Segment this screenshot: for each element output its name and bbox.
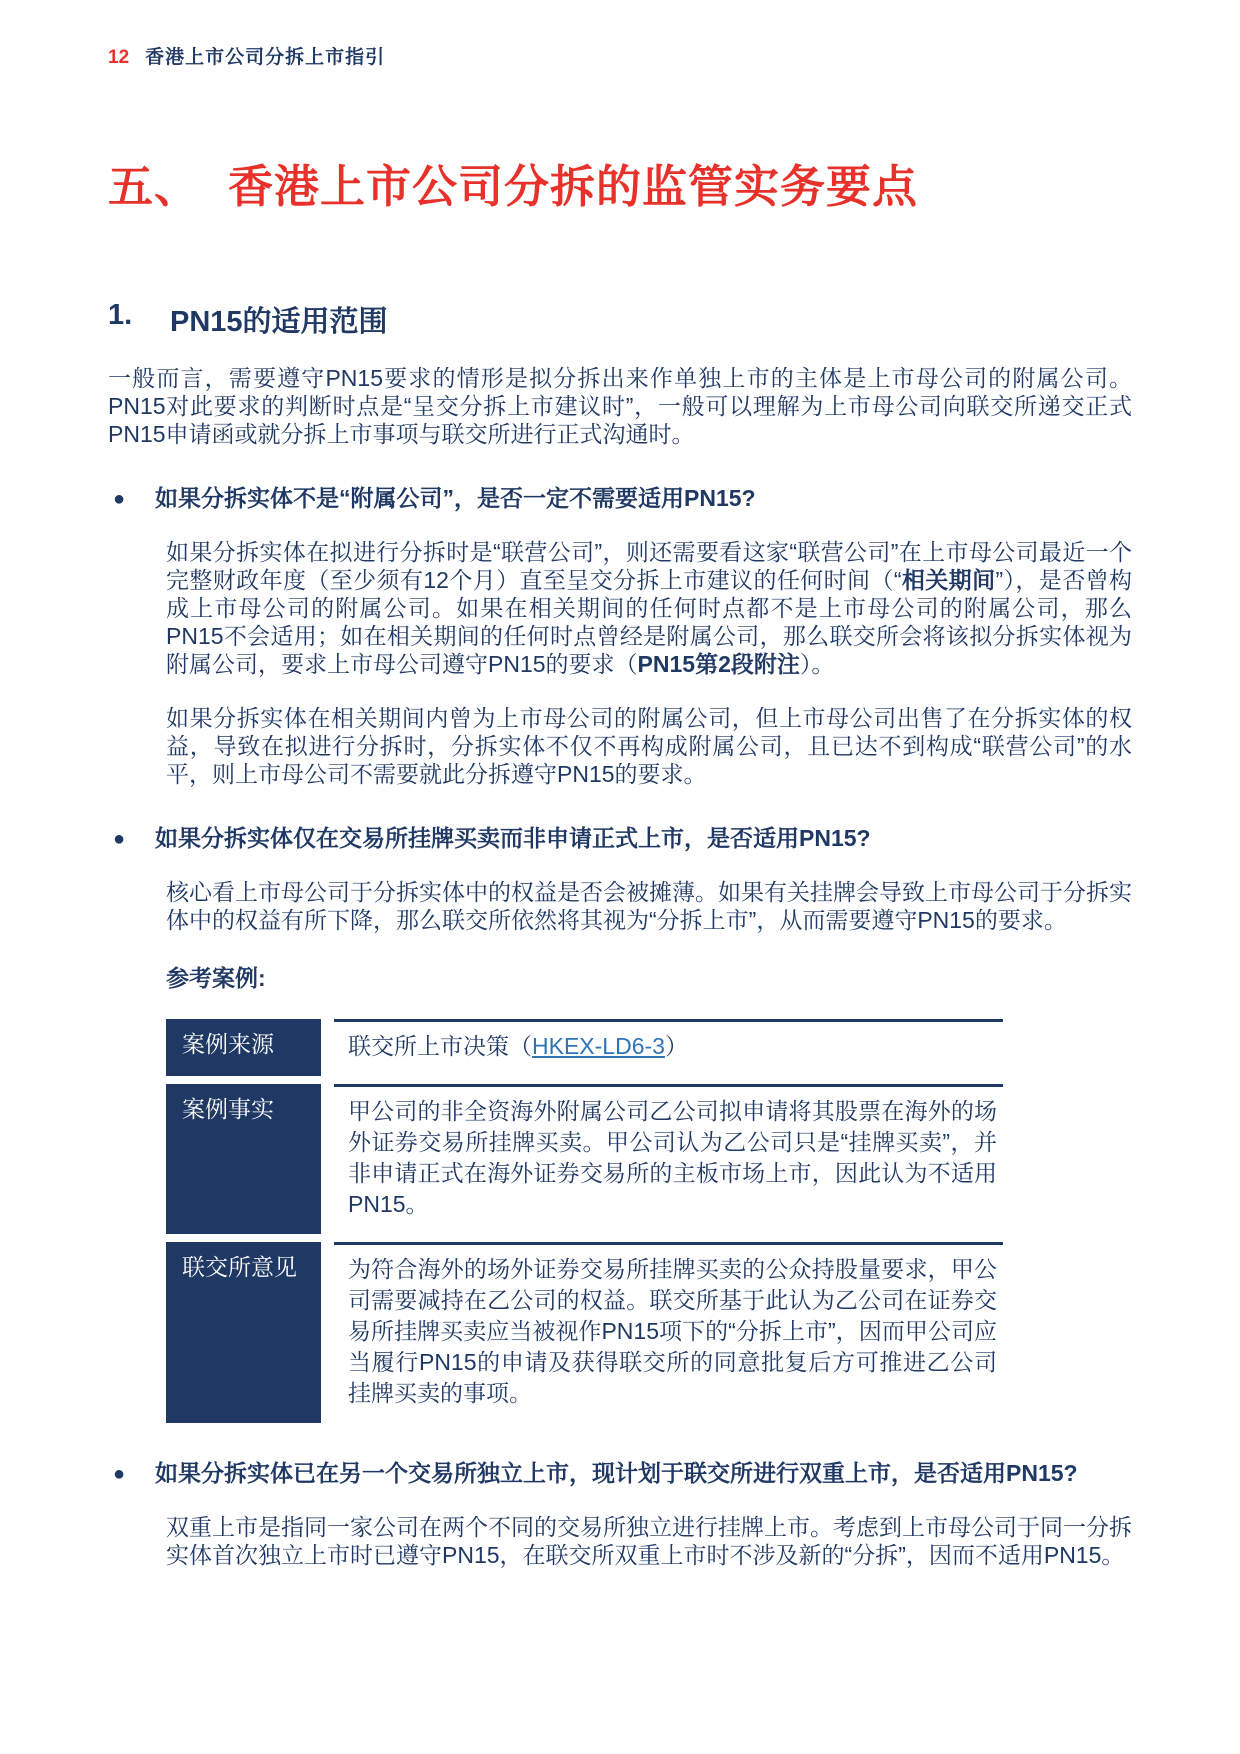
table-row-label: 案例事实 <box>166 1084 321 1234</box>
bullet-paragraph: 如果分拆实体在相关期间内曾为上市母公司的附属公司，但上市母公司出售了在分拆实体的… <box>166 704 1132 788</box>
bullet-paragraph: 核心看上市母公司于分拆实体中的权益是否会被摊薄。如果有关挂牌会导致上市母公司于分… <box>166 878 1132 934</box>
bullet-dot-icon: ● <box>113 828 125 850</box>
bullet-item-subsidiary-question: ● 如果分拆实体不是“附属公司”，是否一定不需要适用PN15? 如果分拆实体在拟… <box>108 484 1132 788</box>
table-row-content: 甲公司的非全资海外附属公司乙公司拟申请将其股票在海外的场外证券交易所挂牌买卖。甲… <box>334 1084 1003 1234</box>
section-number: 1. <box>108 299 170 340</box>
table-row: 案例来源 联交所上市决策（HKEX-LD6-3） <box>166 1019 1003 1076</box>
text-run: 甲公司的非全资海外附属公司乙公司拟申请将其股票在海外的场外证券交易所挂牌买卖。甲… <box>348 1098 997 1217</box>
text-run: ） <box>665 1033 688 1059</box>
table-row-label: 联交所意见 <box>166 1242 321 1423</box>
chapter-title: 五、 香港上市公司分拆的监管实务要点 <box>108 161 1132 213</box>
bold-text: 相关期间 <box>901 567 995 593</box>
reference-case-label: 参考案例: <box>166 960 1132 993</box>
bullet-dot-icon: ● <box>113 488 125 510</box>
chapter-title-text: 香港上市公司分拆的监管实务要点 <box>228 161 918 213</box>
table-row: 案例事实 甲公司的非全资海外附属公司乙公司拟申请将其股票在海外的场外证券交易所挂… <box>166 1084 1003 1234</box>
section-intro-paragraph: 一般而言，需要遵守PN15要求的情形是拟分拆出来作单独上市的主体是上市母公司的附… <box>108 364 1132 448</box>
hkex-ld6-3-link[interactable]: HKEX-LD6-3 <box>532 1033 665 1059</box>
table-row: 联交所意见 为符合海外的场外证券交易所挂牌买卖的公众持股量要求，甲公司需要减持在… <box>166 1242 1003 1423</box>
document-title: 香港上市公司分拆上市指引 <box>145 42 385 69</box>
page-number: 12 <box>108 47 129 69</box>
bullet-item-otc-listing-question: ● 如果分拆实体仅在交易所挂牌买卖而非申请正式上市，是否适用PN15? 核心看上… <box>108 824 1132 1423</box>
text-run: 为符合海外的场外证券交易所挂牌买卖的公众持股量要求，甲公司需要减持在乙公司的权益… <box>348 1256 997 1406</box>
text-run: 如果分拆实体在相关期间内曾为上市母公司的附属公司，但上市母公司出售了在分拆实体的… <box>166 705 1132 787</box>
text-run: ）。 <box>800 651 835 677</box>
bullet-paragraph: 双重上市是指同一家公司在两个不同的交易所独立进行挂牌上市。考虑到上市母公司于同一… <box>166 1513 1132 1569</box>
bullet-heading: 如果分拆实体不是“附属公司”，是否一定不需要适用PN15? <box>155 484 1132 512</box>
text-run: 核心看上市母公司于分拆实体中的权益是否会被摊薄。如果有关挂牌会导致上市母公司于分… <box>166 879 1132 933</box>
text-run: 联交所上市决策（ <box>348 1033 532 1059</box>
bullet-heading: 如果分拆实体仅在交易所挂牌买卖而非申请正式上市，是否适用PN15? <box>155 824 1132 852</box>
bullet-paragraph: 如果分拆实体在拟进行分拆时是“联营公司”，则还需要看这家“联营公司”在上市母公司… <box>166 538 1132 678</box>
section-heading: 1. PN15的适用范围 <box>108 299 1132 340</box>
table-row-content: 为符合海外的场外证券交易所挂牌买卖的公众持股量要求，甲公司需要减持在乙公司的权益… <box>334 1242 1003 1423</box>
section-title: PN15的适用范围 <box>170 299 388 340</box>
bullet-dot-icon: ● <box>113 1463 125 1485</box>
text-run: 双重上市是指同一家公司在两个不同的交易所独立进行挂牌上市。考虑到上市母公司于同一… <box>166 1514 1132 1568</box>
bullet-heading: 如果分拆实体已在另一个交易所独立上市，现计划于联交所进行双重上市，是否适用PN1… <box>155 1459 1132 1487</box>
page-header: 12 香港上市公司分拆上市指引 <box>108 42 1132 69</box>
chapter-number: 五、 <box>108 161 200 213</box>
document-page: 12 香港上市公司分拆上市指引 五、 香港上市公司分拆的监管实务要点 1. PN… <box>0 0 1240 1754</box>
table-row-content: 联交所上市决策（HKEX-LD6-3） <box>334 1019 1003 1076</box>
bullet-item-dual-listing-question: ● 如果分拆实体已在另一个交易所独立上市，现计划于联交所进行双重上市，是否适用P… <box>108 1459 1132 1569</box>
case-table: 案例来源 联交所上市决策（HKEX-LD6-3） 案例事实 甲公司的非全资海外附… <box>166 1019 1003 1423</box>
table-row-label: 案例来源 <box>166 1019 321 1076</box>
bold-text: PN15第2段附注 <box>638 651 800 677</box>
